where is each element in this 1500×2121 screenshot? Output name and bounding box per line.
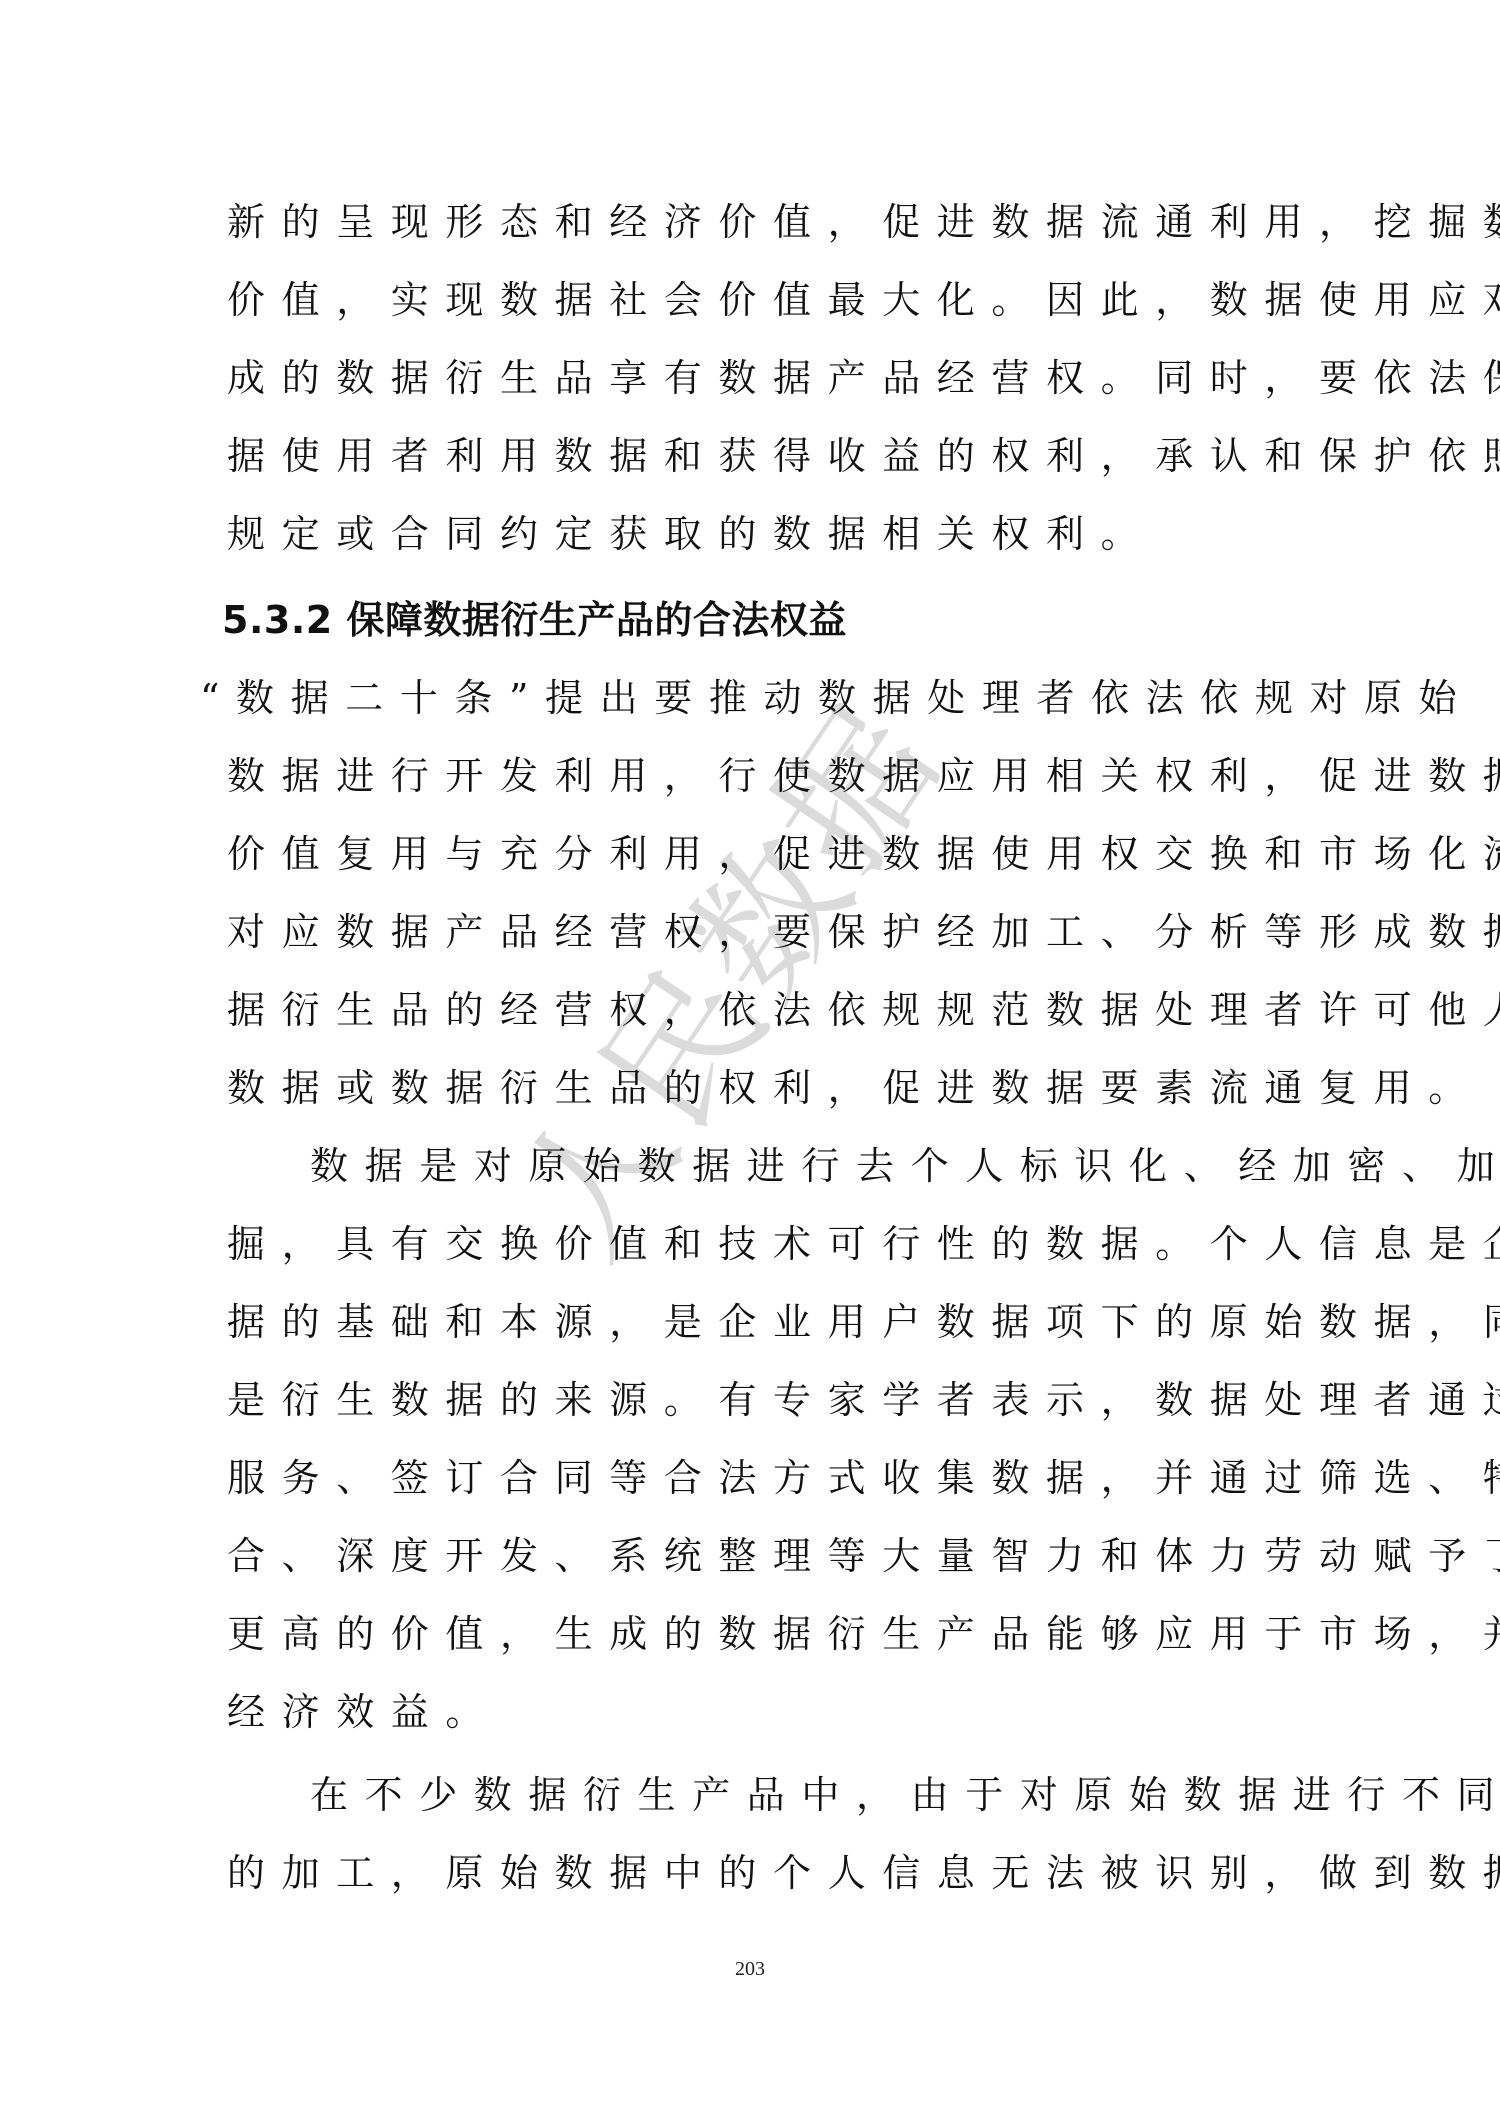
text-line: 数据是对原始数据进行去个人标识化、经加密、加工挖 xyxy=(310,1144,1370,1188)
text-line: 经济效益。 xyxy=(227,1690,1287,1734)
text-line: 成的数据衍生品享有数据产品经营权。同时，要依法保障数 xyxy=(227,356,1287,400)
page-number: 203 xyxy=(0,1958,1500,1981)
text-line: 的加工，原始数据中的个人信息无法被识别，做到数据“可 xyxy=(227,1851,1287,1895)
text-line: 价值复用与充分利用，促进数据使用权交换和市场化流通。 xyxy=(227,832,1287,876)
text-line: 服务、签订合同等合法方式收集数据，并通过筛选、特定组 xyxy=(227,1456,1287,1500)
text-line: 数据或数据衍生品的权利，促进数据要素流通复用。 xyxy=(227,1066,1287,1110)
text-line: 据衍生品的经营权，依法依规规范数据处理者许可他人使用 xyxy=(227,988,1287,1032)
text-line: “数据二十条”提出要推动数据处理者依法依规对原始 xyxy=(200,676,1260,720)
text-line: 据使用者利用数据和获得收益的权利，承认和保护依照法律 xyxy=(227,434,1287,478)
document-page: 人民数据 新的呈现形态和经济价值，促进数据流通利用，挖掘数据新 价值，实现数据社… xyxy=(0,0,1500,2121)
text-line: 新的呈现形态和经济价值，促进数据流通利用，挖掘数据新 xyxy=(227,200,1287,244)
text-line: 据的基础和本源，是企业用户数据项下的原始数据，同样也 xyxy=(227,1300,1287,1344)
section-heading: 5.3.2 保障数据衍生产品的合法权益 xyxy=(222,598,847,642)
text-line: 数据进行开发利用，行使数据应用相关权利，促进数据使用 xyxy=(227,754,1287,798)
page-content: 新的呈现形态和经济价值，促进数据流通利用，挖掘数据新 价值，实现数据社会价值最大… xyxy=(0,0,1500,2121)
text-line: 对应数据产品经营权，要保护经加工、分析等形成数据或数 xyxy=(227,910,1287,954)
text-line: 规定或合同约定获取的数据相关权利。 xyxy=(227,512,1287,556)
text-line: 是衍生数据的来源。有专家学者表示，数据处理者通过提供 xyxy=(227,1378,1287,1422)
text-line: 掘，具有交换价值和技术可行性的数据。个人信息是企业数 xyxy=(227,1222,1287,1266)
text-line: 合、深度开发、系统整理等大量智力和体力劳动赋予了数据 xyxy=(227,1534,1287,1578)
text-line: 在不少数据衍生产品中，由于对原始数据进行不同程度 xyxy=(310,1773,1370,1817)
text-line: 价值，实现数据社会价值最大化。因此，数据使用应对其形 xyxy=(227,278,1287,322)
text-line: 更高的价值，生成的数据衍生产品能够应用于市场，并提供 xyxy=(227,1612,1287,1656)
